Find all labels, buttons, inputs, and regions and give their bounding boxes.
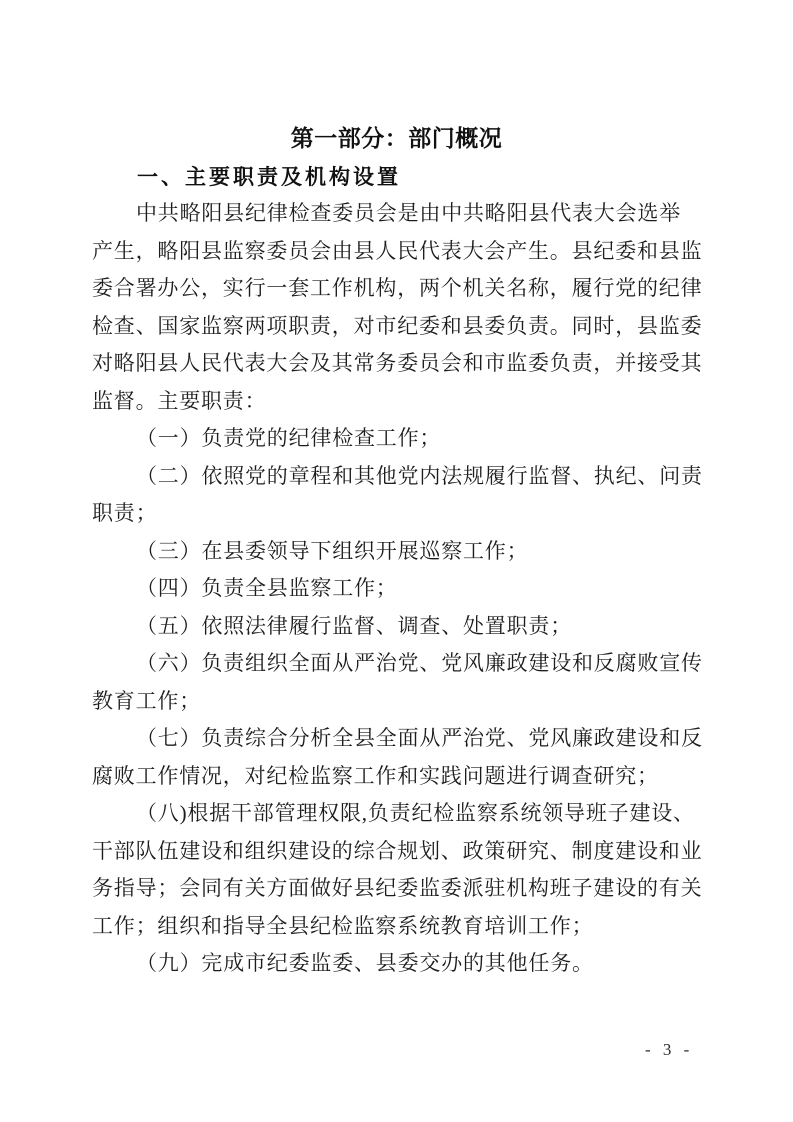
body-line: 干部队伍建设和组织建设的综合规划、政策研究、制度建设和业: [92, 833, 732, 871]
body-line: 务指导；会同有关方面做好县纪委监委派驻机构班子建设的有关: [92, 870, 732, 908]
section-heading: 一、主要职责及机构设置: [137, 161, 401, 191]
body-line: （八)根据干部管理权限,负责纪检监察系统领导班子建设、: [92, 795, 732, 833]
body-line: （一）负责党的纪律检查工作；: [92, 420, 732, 458]
body-line: （三）在县委领导下组织开展巡察工作；: [92, 533, 732, 571]
body-line: 中共略阳县纪律检查委员会是由中共略阳县代表大会选举: [92, 195, 732, 233]
part-title: 第一部分：部门概况: [0, 120, 793, 153]
body-line: （六）负责组织全面从严治党、党风廉政建设和反腐败宣传: [92, 645, 732, 683]
body-line: （二）依照党的章程和其他党内法规履行监督、执纪、问责: [92, 458, 732, 496]
body-line: 产生，略阳县监察委员会由县人民代表大会产生。县纪委和县监: [92, 233, 732, 271]
body-line: 教育工作；: [92, 683, 732, 721]
body-line: 对略阳县人民代表大会及其常务委员会和市监委负责，并接受其: [92, 345, 732, 383]
body-line: （四）负责全县监察工作；: [92, 570, 732, 608]
body-line: 监督。主要职责：: [92, 383, 732, 421]
body-line: 腐败工作情况，对纪检监察工作和实践问题进行调查研究；: [92, 758, 732, 796]
document-body: 中共略阳县纪律检查委员会是由中共略阳县代表大会选举产生，略阳县监察委员会由县人民…: [92, 195, 732, 983]
body-line: 工作；组织和指导全县纪检监察系统教育培训工作；: [92, 908, 732, 946]
body-line: 检查、国家监察两项职责，对市纪委和县委负责。同时，县监委: [92, 308, 732, 346]
body-line: （五）依照法律履行监督、调查、处置职责；: [92, 608, 732, 646]
page-number: - 3 -: [645, 1040, 693, 1060]
body-line: 职责；: [92, 495, 732, 533]
body-line: （七）负责综合分析全县全面从严治党、党风廉政建设和反: [92, 720, 732, 758]
document-page: 第一部分：部门概况 一、主要职责及机构设置 中共略阳县纪律检查委员会是由中共略阳…: [0, 0, 793, 1122]
body-line: 委合署办公，实行一套工作机构，两个机关名称，履行党的纪律: [92, 270, 732, 308]
body-line: （九）完成市纪委监委、县委交办的其他任务。: [92, 945, 732, 983]
